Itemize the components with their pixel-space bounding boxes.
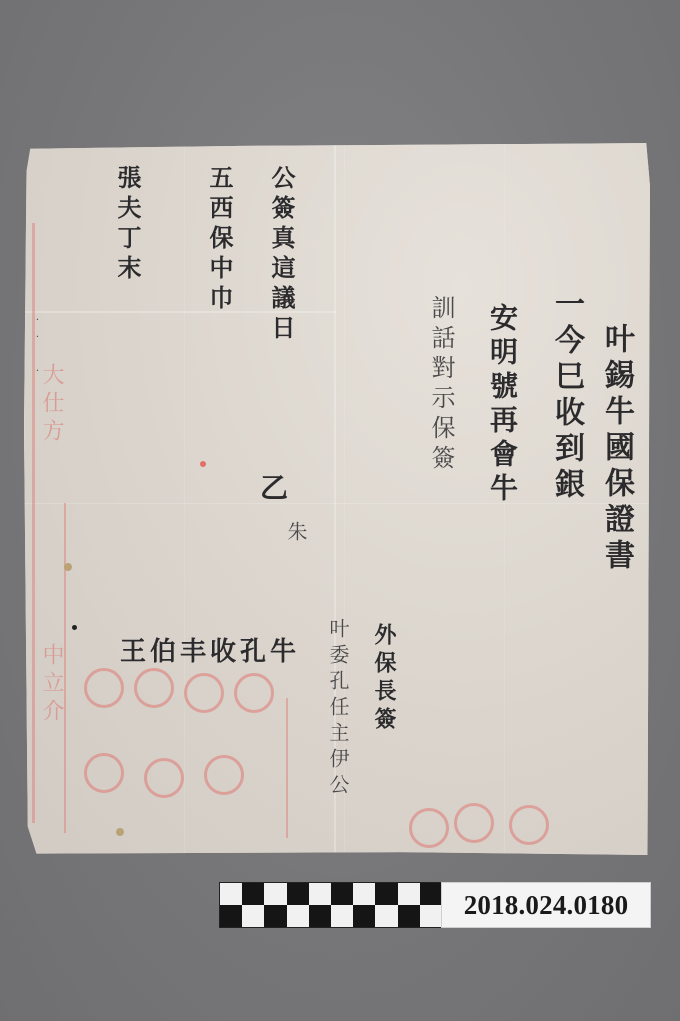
scale-square [375, 905, 397, 927]
red-seal-stamp [409, 808, 449, 848]
red-seal-stamp [184, 673, 224, 713]
red-margin-line [32, 223, 35, 823]
scale-square [220, 883, 242, 905]
text-column: 安明號再會牛 [482, 303, 522, 507]
faint-red-text: 中立介 [36, 643, 67, 727]
scale-square [420, 905, 442, 927]
scale-square [420, 883, 442, 905]
text-column: 張夫丁末 [110, 165, 145, 285]
checkered-scale-bar [219, 882, 443, 928]
text-column: 五西保中巾 [202, 165, 237, 315]
red-seal-stamp [134, 668, 174, 708]
scale-square [353, 883, 375, 905]
scale-square [264, 883, 286, 905]
text-column: 叶錫牛國保證書 [594, 323, 638, 575]
catalog-number-label: 2018.024.0180 [441, 882, 651, 928]
text-column: 叶委孔任主伊公 [324, 618, 353, 800]
text-column: 訓話對示保簽 [424, 295, 459, 475]
scale-square [309, 883, 331, 905]
red-seal-stamp [84, 668, 124, 708]
text-row: 王伯丰收孔牛 [120, 631, 300, 668]
scale-square [309, 905, 331, 927]
ink-dot [72, 625, 77, 630]
text-mark: 朱 [282, 521, 311, 547]
red-seal-stamp [234, 673, 274, 713]
scale-square [331, 883, 353, 905]
scale-square [375, 883, 397, 905]
scale-square [287, 905, 309, 927]
red-margin-line [286, 698, 288, 838]
scale-square [264, 905, 286, 927]
red-seal-stamp [509, 805, 549, 845]
text-column: 一今巳收到銀 [544, 288, 588, 504]
red-seal-stamp [84, 753, 124, 793]
red-seal-stamp [144, 758, 184, 798]
document-paper: ·· · 叶錫牛國保證書 一今巳收到銀 安明號再會牛 訓話對示保簽 乙 朱 外保… [24, 143, 650, 855]
stain-dot [64, 563, 72, 571]
text-column: 公簽真這議日 [264, 165, 299, 345]
faint-red-text: 大仕方 [36, 363, 67, 447]
stain-dot [116, 828, 124, 836]
scale-square [353, 905, 375, 927]
scale-square [220, 905, 242, 927]
text-column: 外保長簽 [369, 623, 400, 735]
scale-square [331, 905, 353, 927]
scale-square [398, 883, 420, 905]
red-dot [200, 461, 206, 467]
scale-square [242, 883, 264, 905]
text-mark: 乙 [252, 473, 292, 507]
red-seal-stamp [204, 755, 244, 795]
scale-square [398, 905, 420, 927]
red-seal-stamp [454, 803, 494, 843]
scale-square [242, 905, 264, 927]
scale-square [287, 883, 309, 905]
